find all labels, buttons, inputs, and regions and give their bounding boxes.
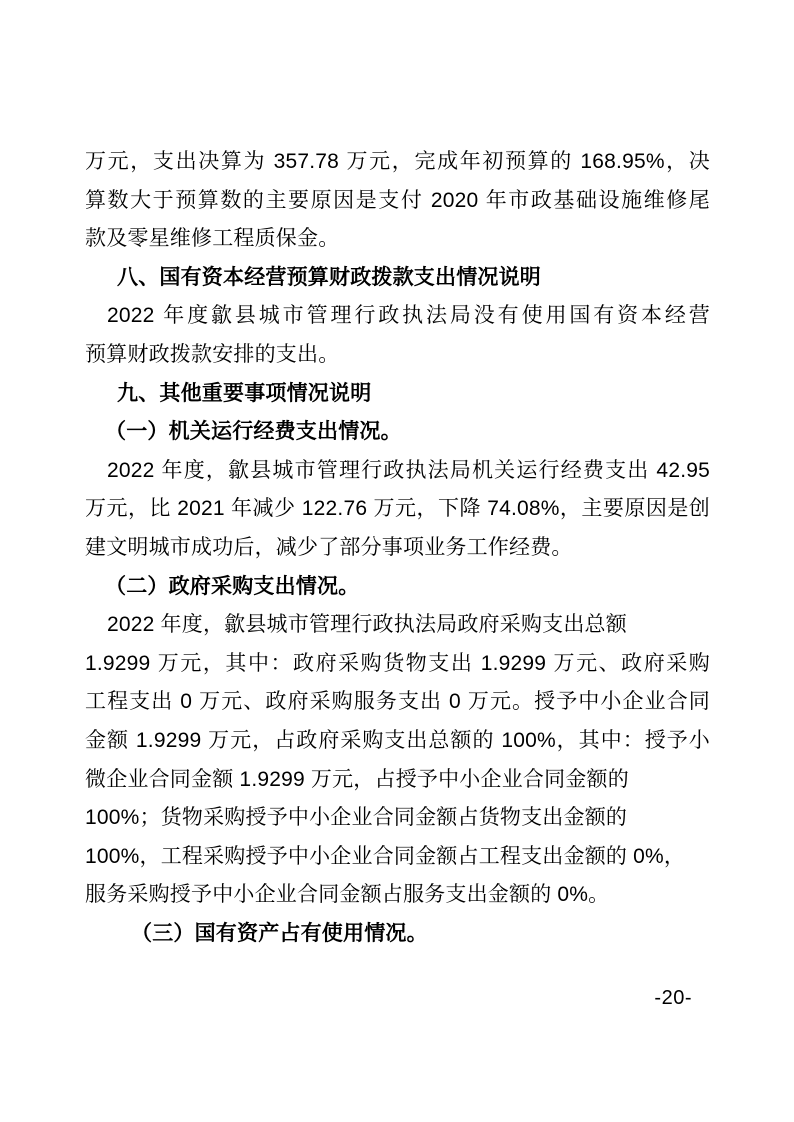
- document-body: 万元，支出决算为 357.78 万元，完成年初预算的 168.95%，决 算数大…: [85, 143, 710, 953]
- body-line: 工程支出 0 万元、政府采购服务支出 0 万元。授予中小企业合同: [85, 683, 710, 722]
- body-line: 款及零星维修工程质保金。: [85, 220, 710, 259]
- body-line: 预算财政拨款安排的支出。: [85, 336, 710, 375]
- body-line: 1.9299 万元，其中：政府采购货物支出 1.9299 万元、政府采购: [85, 645, 710, 684]
- body-line: 建文明城市成功后，减少了部分事项业务工作经费。: [85, 529, 710, 568]
- body-line: 100%；货物采购授予中小企业合同金额占货物支出金额的: [85, 799, 710, 838]
- body-line: 金额 1.9299 万元，占政府采购支出总额的 100%，其中：授予小: [85, 722, 710, 761]
- body-line: 2022 年度，歙县城市管理行政执法局政府采购支出总额: [85, 606, 710, 645]
- page-number: -20-: [654, 988, 692, 1008]
- section-heading-eight: 八、国有资本经营预算财政拨款支出情况说明: [85, 259, 710, 298]
- subsection-heading-three: （三）国有资产占有使用情况。: [85, 915, 710, 954]
- document-page: 万元，支出决算为 357.78 万元，完成年初预算的 168.95%，决 算数大…: [0, 0, 794, 1122]
- body-line: 万元，支出决算为 357.78 万元，完成年初预算的 168.95%，决: [85, 143, 710, 182]
- body-line: 万元，比 2021 年减少 122.76 万元，下降 74.08%，主要原因是创: [85, 490, 710, 529]
- subsection-heading-two: （二）政府采购支出情况。: [85, 568, 710, 607]
- section-heading-nine: 九、其他重要事项情况说明: [85, 375, 710, 414]
- body-line: 微企业合同金额 1.9299 万元，占授予中小企业合同金额的: [85, 761, 710, 800]
- body-line: 2022 年度歙县城市管理行政执法局没有使用国有资本经营: [85, 297, 710, 336]
- body-line: 算数大于预算数的主要原因是支付 2020 年市政基础设施维修尾: [85, 182, 710, 221]
- body-line: 2022 年度，歙县城市管理行政执法局机关运行经费支出 42.95: [85, 452, 710, 491]
- body-line: 100%，工程采购授予中小企业合同金额占工程支出金额的 0%，: [85, 838, 710, 877]
- body-line: 服务采购授予中小企业合同金额占服务支出金额的 0%。: [85, 876, 710, 915]
- subsection-heading-one: （一）机关运行经费支出情况。: [85, 413, 710, 452]
